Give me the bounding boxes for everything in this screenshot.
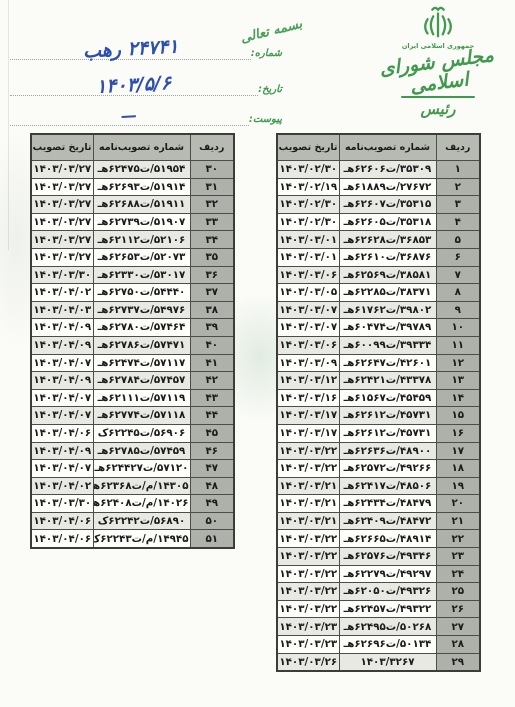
decree-date-cell: ۱۴۰۳/۰۳/۲۲ bbox=[277, 583, 339, 601]
decree-date-cell: ۱۴۰۳/۰۳/۰۱ bbox=[277, 248, 339, 266]
table-row: ۳۷۵۴۴۴۰/ت۶۲۷۵۰هـ۱۴۰۳/۰۴/۰۲ bbox=[31, 284, 234, 302]
decree-number-cell: ۵۷۱۱۷/ت۶۲۴۷۴هـ bbox=[93, 354, 190, 372]
row-number-cell: ۲۸ bbox=[436, 636, 480, 654]
decree-date-cell: ۱۴۰۳/۰۲/۳۰ bbox=[277, 213, 339, 231]
iran-emblem-icon bbox=[420, 4, 456, 42]
row-number-cell: ۴۷ bbox=[190, 460, 234, 478]
row-number-cell: ۳۷ bbox=[190, 284, 234, 302]
column-header-decree-number: شماره تصویب‌نامه bbox=[93, 134, 190, 161]
decree-number-cell: ۳۶۸۷۶/ت۶۲۶۱۰هـ bbox=[339, 248, 436, 266]
decree-date-cell: ۱۴۰۳/۰۴/۰۹ bbox=[31, 319, 93, 337]
decree-number-cell: ۵۷۴۶۴/ت۶۲۷۸۰هـ bbox=[93, 319, 190, 337]
table-row: ۴۶۵۷۴۵۹/ت۶۲۷۸۵هـ۱۴۰۳/۰۴/۰۹ bbox=[31, 442, 234, 460]
decree-number-cell: ۳۹۷۸۹/ت۶۰۴۷۴هـ bbox=[339, 319, 436, 337]
table-row: ۴۴۵۷۱۱۸/ت۶۲۷۷۴هـ۱۴۰۳/۰۴/۰۷ bbox=[31, 407, 234, 425]
row-number-cell: ۳۳ bbox=[190, 213, 234, 231]
table-row: ۲۰۴۸۴۷۹/ت۶۲۴۳۴هـ۱۴۰۳/۰۳/۲۱ bbox=[277, 495, 480, 513]
decree-number-cell: ۱۴۳۰۵/م/ت۶۲۳۶۸هـ bbox=[93, 477, 190, 495]
decree-number-cell: ۳۸۳۷۱/ت۶۲۲۸۵هـ bbox=[339, 284, 436, 302]
row-number-cell: ۱۸ bbox=[436, 460, 480, 478]
row-number-cell: ۴ bbox=[436, 213, 480, 231]
decree-date-cell: ۱۴۰۳/۰۳/۲۱ bbox=[277, 495, 339, 513]
table-row: ۱۸۴۹۲۶۶/ت۶۲۵۷۲هـ۱۴۰۳/۰۳/۲۲ bbox=[277, 460, 480, 478]
row-number-cell: ۳۶ bbox=[190, 266, 234, 284]
table-row: ۴۲۵۷۴۵۷/ت۶۲۷۸۴هـ۱۴۰۳/۰۴/۰۹ bbox=[31, 372, 234, 390]
letter-date-handwritten-value: ۱۴۰۳/۵/۶ bbox=[96, 72, 172, 98]
decree-date-cell: ۱۴۰۳/۰۳/۰۷ bbox=[277, 319, 339, 337]
decree-number-cell: ۴۸۹۱۴/ت۶۲۶۶۵هـ bbox=[339, 530, 436, 548]
decree-date-cell: ۱۴۰۳/۰۳/۳۰ bbox=[31, 495, 93, 513]
column-header-decree-date: تاریخ تصویب‌نامه bbox=[277, 134, 339, 161]
decree-number-cell: ۴۹۳۲۲/ت۶۲۴۵۷هـ bbox=[339, 600, 436, 618]
row-number-cell: ۱۵ bbox=[436, 407, 480, 425]
decree-number-cell: ۴۹۳۲۶/ت۶۲۰۵۰هـ bbox=[339, 583, 436, 601]
table-row: ۱۴۴۵۴۵۹/ت۶۱۵۶۷هـ۱۴۰۳/۰۳/۱۶ bbox=[277, 389, 480, 407]
table-row: ۳۱۵۱۹۱۴/ت۶۲۶۹۳هـ۱۴۰۳/۰۳/۲۷ bbox=[31, 178, 234, 196]
row-number-cell: ۵۱ bbox=[190, 530, 234, 548]
decree-number-cell: ۵۷۱۱۹/ت۶۲۱۱۱هـ bbox=[93, 389, 190, 407]
scanned-majlis-letter-page: جمهوری اسلامی ایران مجلس شورای اسلامی رئ… bbox=[0, 0, 515, 707]
decree-date-cell: ۱۴۰۳/۰۳/۲۲ bbox=[277, 442, 339, 460]
decree-date-cell: ۱۴۰۳/۰۴/۰۷ bbox=[31, 354, 93, 372]
row-number-cell: ۱۱ bbox=[436, 336, 480, 354]
row-number-cell: ۴۱ bbox=[190, 354, 234, 372]
letter-attachment-handwritten-value: — bbox=[121, 106, 138, 126]
table-header-row: ردیف شماره تصویب‌نامه تاریخ تصویب‌نامه bbox=[277, 134, 480, 161]
table-row: ۳۰۵۱۹۵۴/ت۶۲۴۷۵هـ۱۴۰۳/۰۳/۲۷ bbox=[31, 161, 234, 179]
table-row: ۲۸۵۰۱۳۴/ت۶۲۶۹۶هـ۱۴۰۳/۰۳/۲۳ bbox=[277, 636, 480, 654]
decree-date-cell: ۱۴۰۳/۰۳/۲۷ bbox=[31, 196, 93, 214]
decree-number-cell: ۳۵۳۱۸/ت۶۲۶۰۵هـ bbox=[339, 213, 436, 231]
decree-date-cell: ۱۴۰۳/۰۳/۲۷ bbox=[31, 178, 93, 196]
table-row: ۴۰۵۷۴۷۱/ت۶۲۷۸۶هـ۱۴۰۳/۰۴/۰۹ bbox=[31, 336, 234, 354]
letter-date-label: تاریخ: bbox=[258, 84, 282, 96]
table-row: ۳۴۵۲۱۰۶/ت۶۲۱۱۲هـ۱۴۰۳/۰۳/۲۷ bbox=[31, 231, 234, 249]
table-row: ۲۴۴۹۲۹۷/ت۶۲۲۷۹هـ۱۴۰۳/۰۳/۲۲ bbox=[277, 565, 480, 583]
decree-number-cell: ۱۴۹۴۵/م/ت۶۲۲۴۳ک bbox=[93, 530, 190, 548]
row-number-cell: ۱۴ bbox=[436, 389, 480, 407]
letter-number-field: شماره: ۲۴۷۴۱ رهب bbox=[10, 26, 282, 60]
table-row: ۴۵۵۶۹۰۶/ت۶۲۲۴۵ک۱۴۰۳/۰۴/۰۶ bbox=[31, 424, 234, 442]
decree-number-cell: ۱۴۰۲۶/م/ت۶۲۴۰۸هـ bbox=[93, 495, 190, 513]
decree-date-cell: ۱۴۰۳/۰۳/۰۹ bbox=[277, 354, 339, 372]
row-number-cell: ۵۰ bbox=[190, 512, 234, 530]
decree-number-cell: ۲۷۶۷۲/ت۶۱۸۸۹هـ bbox=[339, 178, 436, 196]
row-number-cell: ۴۴ bbox=[190, 407, 234, 425]
letter-attachment-line: — bbox=[10, 106, 249, 126]
table-row: ۴۱۵۷۱۱۷/ت۶۲۴۷۴هـ۱۴۰۳/۰۴/۰۷ bbox=[31, 354, 234, 372]
row-number-cell: ۲۹ bbox=[436, 653, 480, 671]
decree-number-cell: ۵۴۴۴۰/ت۶۲۷۵۰هـ bbox=[93, 284, 190, 302]
row-number-cell: ۳۰ bbox=[190, 161, 234, 179]
decree-number-cell: ۳۸۵۸۱/ت۶۲۵۶۹هـ bbox=[339, 266, 436, 284]
row-number-cell: ۲۳ bbox=[436, 548, 480, 566]
decree-date-cell: ۱۴۰۳/۰۳/۰۱ bbox=[277, 231, 339, 249]
row-number-cell: ۲ bbox=[436, 178, 480, 196]
decree-date-cell: ۱۴۰۳/۰۴/۰۷ bbox=[31, 407, 93, 425]
table-row: ۲۶۴۹۳۲۲/ت۶۲۴۵۷هـ۱۴۰۳/۰۳/۲۲ bbox=[277, 600, 480, 618]
decree-number-cell: ۴۵۷۳۱/ت۶۲۶۱۲هـ bbox=[339, 424, 436, 442]
decree-date-cell: ۱۴۰۳/۰۲/۳۰ bbox=[277, 196, 339, 214]
row-number-cell: ۱۳ bbox=[436, 372, 480, 390]
decree-date-cell: ۱۴۰۳/۰۳/۱۲ bbox=[277, 372, 339, 390]
row-number-cell: ۲۲ bbox=[436, 530, 480, 548]
decree-date-cell: ۱۴۰۳/۰۳/۱۶ bbox=[277, 389, 339, 407]
table-row: ۱۹۴۸۵۰۶/ت۶۲۴۱۷هـ۱۴۰۳/۰۳/۲۱ bbox=[277, 477, 480, 495]
decree-date-cell: ۱۴۰۳/۰۳/۲۷ bbox=[31, 248, 93, 266]
decree-date-cell: ۱۴۰۳/۰۳/۲۷ bbox=[31, 161, 93, 179]
decree-number-cell: ۵۴۹۷۶/ت۶۲۷۳۷هـ bbox=[93, 301, 190, 319]
row-number-cell: ۴۶ bbox=[190, 442, 234, 460]
decree-date-cell: ۱۴۰۳/۰۳/۲۲ bbox=[277, 548, 339, 566]
decree-number-cell: ۵۶۹۰۶/ت۶۲۲۴۵ک bbox=[93, 424, 190, 442]
table-row: ۱۰۳۹۷۸۹/ت۶۰۴۷۴هـ۱۴۰۳/۰۳/۰۷ bbox=[277, 319, 480, 337]
decree-date-cell: ۱۴۰۳/۰۳/۱۷ bbox=[277, 407, 339, 425]
table-row: ۱۳۴۳۳۷۸/ت۶۲۴۲۱هـ۱۴۰۳/۰۳/۱۲ bbox=[277, 372, 480, 390]
table-row: ۲۲۷۶۷۲/ت۶۱۸۸۹هـ۱۴۰۳/۰۲/۱۹ bbox=[277, 178, 480, 196]
row-number-cell: ۲۵ bbox=[436, 583, 480, 601]
decree-date-cell: ۱۴۰۳/۰۲/۱۹ bbox=[277, 178, 339, 196]
table-row: ۵۱۱۴۹۴۵/م/ت۶۲۲۴۳ک۱۴۰۳/۰۴/۰۶ bbox=[31, 530, 234, 548]
table-row: ۱۲۴۲۶۰۱/ت۶۲۶۴۷هـ۱۴۰۳/۰۳/۰۹ bbox=[277, 354, 480, 372]
table-row: ۹۳۹۸۰۲/ت۶۱۷۶۲هـ۱۴۰۳/۰۳/۰۷ bbox=[277, 301, 480, 319]
decree-number-cell: ۴۲۶۰۱/ت۶۲۶۴۷هـ bbox=[339, 354, 436, 372]
decree-number-cell: ۴۳۳۷۸/ت۶۲۴۲۱هـ bbox=[339, 372, 436, 390]
row-number-cell: ۳۸ bbox=[190, 301, 234, 319]
table-row: ۴۸۱۴۳۰۵/م/ت۶۲۳۶۸هـ۱۴۰۳/۰۴/۰۲ bbox=[31, 477, 234, 495]
decree-number-cell: ۴۹۲۶۶/ت۶۲۵۷۲هـ bbox=[339, 460, 436, 478]
column-header-row-number: ردیف bbox=[190, 134, 234, 161]
row-number-cell: ۳۴ bbox=[190, 231, 234, 249]
row-number-cell: ۲۰ bbox=[436, 495, 480, 513]
table-row: ۴۳۵۷۱۱۹/ت۶۲۱۱۱هـ۱۴۰۳/۰۴/۰۷ bbox=[31, 389, 234, 407]
row-number-cell: ۱۷ bbox=[436, 442, 480, 460]
letter-number-line: ۲۴۷۴۱ رهب bbox=[10, 38, 251, 60]
decree-table-rows-1-29: ردیف شماره تصویب‌نامه تاریخ تصویب‌نامه ۱… bbox=[276, 133, 481, 672]
table-row: ۳۳۵۱۹۰۷/ت۶۲۷۳۹هـ۱۴۰۳/۰۳/۲۷ bbox=[31, 213, 234, 231]
decree-number-cell: ۴۸۴۷۹/ت۶۲۴۳۴هـ bbox=[339, 495, 436, 513]
table-row: ۱۵۴۵۷۳۱/ت۶۲۶۱۲هـ۱۴۰۳/۰۳/۱۷ bbox=[277, 407, 480, 425]
decree-date-cell: ۱۴۰۳/۰۳/۲۲ bbox=[277, 460, 339, 478]
table-row: ۲۵۴۹۳۲۶/ت۶۲۰۵۰هـ۱۴۰۳/۰۳/۲۲ bbox=[277, 583, 480, 601]
table-row: ۲۱۴۸۴۷۲/ت۶۲۴۰۹هـ۱۴۰۳/۰۳/۲۱ bbox=[277, 512, 480, 530]
decree-number-cell: ۴۵۴۵۹/ت۶۱۵۶۷هـ bbox=[339, 389, 436, 407]
decree-number-cell: ۵۲۱۰۶/ت۶۲۱۱۲هـ bbox=[93, 231, 190, 249]
column-header-decree-date: تاریخ تصویب‌نامه bbox=[31, 134, 93, 161]
decree-date-cell: ۱۴۰۳/۰۳/۰۶ bbox=[277, 266, 339, 284]
decree-number-cell: ۵۱۹۱۴/ت۶۲۶۹۳هـ bbox=[93, 178, 190, 196]
decree-number-cell: ۵۰۱۳۴/ت۶۲۶۹۶هـ bbox=[339, 636, 436, 654]
decree-date-cell: ۱۴۰۳/۰۴/۰۷ bbox=[31, 460, 93, 478]
row-number-cell: ۷ bbox=[436, 266, 480, 284]
table-row: ۲۹۱۴۰۳/۳۲۶۷۱۴۰۳/۰۳/۲۶ bbox=[277, 653, 480, 671]
decree-date-cell: ۱۴۰۳/۰۴/۰۹ bbox=[31, 336, 93, 354]
table-row: ۵۳۶۸۵۳/ت۶۲۶۲۸هـ۱۴۰۳/۰۳/۰۱ bbox=[277, 231, 480, 249]
row-number-cell: ۶ bbox=[436, 248, 480, 266]
decree-date-cell: ۱۴۰۳/۰۳/۳۰ bbox=[31, 266, 93, 284]
decree-number-cell: ۴۸۴۷۲/ت۶۲۴۰۹هـ bbox=[339, 512, 436, 530]
row-number-cell: ۳۵ bbox=[190, 248, 234, 266]
row-number-cell: ۳۹ bbox=[190, 319, 234, 337]
row-number-cell: ۲۴ bbox=[436, 565, 480, 583]
row-number-cell: ۲۷ bbox=[436, 618, 480, 636]
decree-date-cell: ۱۴۰۳/۰۴/۰۳ bbox=[31, 301, 93, 319]
table-row: ۳۳۵۳۱۵/ت۶۲۶۰۷هـ۱۴۰۳/۰۲/۳۰ bbox=[277, 196, 480, 214]
column-header-row-number: ردیف bbox=[436, 134, 480, 161]
decree-date-cell: ۱۴۰۳/۰۳/۰۶ bbox=[277, 336, 339, 354]
table-row: ۳۹۵۷۴۶۴/ت۶۲۷۸۰هـ۱۴۰۳/۰۴/۰۹ bbox=[31, 319, 234, 337]
decree-date-cell: ۱۴۰۳/۰۴/۰۹ bbox=[31, 372, 93, 390]
row-number-cell: ۲۱ bbox=[436, 512, 480, 530]
decree-date-cell: ۱۴۰۳/۰۴/۰۹ bbox=[31, 442, 93, 460]
decree-number-cell: ۵۱۹۵۴/ت۶۲۴۷۵هـ bbox=[93, 161, 190, 179]
decree-date-cell: ۱۴۰۳/۰۳/۲۷ bbox=[31, 213, 93, 231]
decree-number-cell: ۵۲۰۷۳/ت۶۲۶۵۳هـ bbox=[93, 248, 190, 266]
decree-date-cell: ۱۴۰۳/۰۳/۲۱ bbox=[277, 477, 339, 495]
decree-number-cell: ۵۷۴۵۷/ت۶۲۷۸۴هـ bbox=[93, 372, 190, 390]
column-header-decree-number: شماره تصویب‌نامه bbox=[339, 134, 436, 161]
table-row: ۳۲۵۱۹۱۱/ت۶۲۶۸۸هـ۱۴۰۳/۰۳/۲۷ bbox=[31, 196, 234, 214]
decree-date-cell: ۱۴۰۳/۰۳/۲۳ bbox=[277, 618, 339, 636]
table-row: ۲۷۵۰۲۶۸/ت۶۲۴۹۵هـ۱۴۰۳/۰۳/۲۳ bbox=[277, 618, 480, 636]
letter-date-line: ۱۴۰۳/۵/۶ bbox=[10, 74, 258, 96]
decree-number-cell: ۳۶۸۵۳/ت۶۲۶۲۸هـ bbox=[339, 231, 436, 249]
decree-number-cell: ۳۹۳۳۴/ت۶۰۰۹۹هـ bbox=[339, 336, 436, 354]
row-number-cell: ۴۰ bbox=[190, 336, 234, 354]
row-number-cell: ۴۹ bbox=[190, 495, 234, 513]
table-row: ۱۶۴۵۷۳۱/ت۶۲۶۱۲هـ۱۴۰۳/۰۳/۱۷ bbox=[277, 424, 480, 442]
decree-number-cell: ۴۵۷۳۱/ت۶۲۶۱۲هـ bbox=[339, 407, 436, 425]
row-number-cell: ۱۰ bbox=[436, 319, 480, 337]
table-row: ۲۲۴۸۹۱۴/ت۶۲۶۶۵هـ۱۴۰۳/۰۳/۲۲ bbox=[277, 530, 480, 548]
table-row: ۱۷۴۸۹۰۰/ت۶۲۶۳۶هـ۱۴۰۳/۰۳/۲۲ bbox=[277, 442, 480, 460]
decree-number-cell: ۴۸۹۰۰/ت۶۲۶۳۶هـ bbox=[339, 442, 436, 460]
decree-table-rows-30-51: ردیف شماره تصویب‌نامه تاریخ تصویب‌نامه ۳… bbox=[30, 133, 235, 549]
table-row: ۴۷۵۷۱۲۰/ت۶۲۴۴۲۷هـ۱۴۰۳/۰۴/۰۷ bbox=[31, 460, 234, 478]
table-row: ۳۵۵۲۰۷۳/ت۶۲۶۵۳هـ۱۴۰۳/۰۳/۲۷ bbox=[31, 248, 234, 266]
decree-number-cell: ۵۷۱۱۸/ت۶۲۷۷۴هـ bbox=[93, 407, 190, 425]
row-number-cell: ۱۶ bbox=[436, 424, 480, 442]
table-row: ۴۳۵۳۱۸/ت۶۲۶۰۵هـ۱۴۰۳/۰۲/۳۰ bbox=[277, 213, 480, 231]
decree-number-cell: ۵۷۱۲۰/ت۶۲۴۴۲۷هـ bbox=[93, 460, 190, 478]
table-row: ۲۳۴۹۳۴۶/ت۶۲۵۷۶هـ۱۴۰۳/۰۳/۲۲ bbox=[277, 548, 480, 566]
decree-number-cell: ۵۷۴۷۱/ت۶۲۷۸۶هـ bbox=[93, 336, 190, 354]
row-number-cell: ۳ bbox=[436, 196, 480, 214]
row-number-cell: ۳۱ bbox=[190, 178, 234, 196]
decree-date-cell: ۱۴۰۳/۰۳/۲۶ bbox=[277, 653, 339, 671]
decree-date-cell: ۱۴۰۳/۰۳/۲۳ bbox=[277, 636, 339, 654]
letter-attachment-label: پیوست: bbox=[249, 114, 282, 126]
decree-date-cell: ۱۴۰۳/۰۳/۰۷ bbox=[277, 301, 339, 319]
decree-date-cell: ۱۴۰۳/۰۴/۰۲ bbox=[31, 284, 93, 302]
decree-date-cell: ۱۴۰۳/۰۲/۳۰ bbox=[277, 161, 339, 179]
decree-number-cell: ۵۷۴۵۹/ت۶۲۷۸۵هـ bbox=[93, 442, 190, 460]
majlis-letterhead: جمهوری اسلامی ایران مجلس شورای اسلامی رئ… bbox=[377, 4, 499, 117]
table-row: ۵۰۵۶۸۹۰/ت۶۲۲۴۲ک۱۴۰۳/۰۴/۰۶ bbox=[31, 512, 234, 530]
row-number-cell: ۵ bbox=[436, 231, 480, 249]
decree-number-cell: ۴۸۵۰۶/ت۶۲۴۱۷هـ bbox=[339, 477, 436, 495]
decree-date-cell: ۱۴۰۳/۰۴/۰۶ bbox=[31, 424, 93, 442]
letter-number-label: شماره: bbox=[251, 48, 282, 60]
row-number-cell: ۹ bbox=[436, 301, 480, 319]
row-number-cell: ۴۳ bbox=[190, 389, 234, 407]
row-number-cell: ۱ bbox=[436, 161, 480, 179]
row-number-cell: ۴۲ bbox=[190, 372, 234, 390]
letter-meta-fields: شماره: ۲۴۷۴۱ رهب تاریخ: ۱۴۰۳/۵/۶ پیوست: … bbox=[10, 26, 282, 130]
letter-number-handwritten-value: ۲۴۷۴۱ رهب bbox=[82, 36, 179, 63]
letter-date-field: تاریخ: ۱۴۰۳/۵/۶ bbox=[10, 64, 282, 96]
decree-number-cell: ۵۱۹۰۷/ت۶۲۷۳۹هـ bbox=[93, 213, 190, 231]
row-number-cell: ۸ bbox=[436, 284, 480, 302]
decree-date-cell: ۱۴۰۳/۰۳/۲۲ bbox=[277, 600, 339, 618]
decree-date-cell: ۱۴۰۳/۰۳/۱۷ bbox=[277, 424, 339, 442]
decree-date-cell: ۱۴۰۳/۰۴/۰۶ bbox=[31, 530, 93, 548]
letter-attachment-field: پیوست: — bbox=[10, 100, 282, 126]
table-row: ۶۳۶۸۷۶/ت۶۲۶۱۰هـ۱۴۰۳/۰۳/۰۱ bbox=[277, 248, 480, 266]
letterhead-assembly-calligraphy: مجلس شورای اسلامی bbox=[375, 44, 501, 100]
decree-date-cell: ۱۴۰۳/۰۴/۰۶ bbox=[31, 512, 93, 530]
row-number-cell: ۳۲ bbox=[190, 196, 234, 214]
decree-number-cell: ۳۹۸۰۲/ت۶۱۷۶۲هـ bbox=[339, 301, 436, 319]
row-number-cell: ۴۵ bbox=[190, 424, 234, 442]
decree-number-cell: ۵۱۹۱۱/ت۶۲۶۸۸هـ bbox=[93, 196, 190, 214]
decree-number-cell: ۴۹۳۴۶/ت۶۲۵۷۶هـ bbox=[339, 548, 436, 566]
row-number-cell: ۲۶ bbox=[436, 600, 480, 618]
table-row: ۳۶۵۳۰۱۷/ت۶۲۳۳۰هـ۱۴۰۳/۰۳/۳۰ bbox=[31, 266, 234, 284]
decree-number-cell: ۵۶۸۹۰/ت۶۲۲۴۲ک bbox=[93, 512, 190, 530]
decree-number-cell: ۳۵۳۱۵/ت۶۲۶۰۷هـ bbox=[339, 196, 436, 214]
decree-date-cell: ۱۴۰۳/۰۴/۰۷ bbox=[31, 389, 93, 407]
row-number-cell: ۴۸ bbox=[190, 477, 234, 495]
decree-number-cell: ۳۵۳۰۹/ت۶۲۶۰۶هـ bbox=[339, 161, 436, 179]
table-row: ۷۳۸۵۸۱/ت۶۲۵۶۹هـ۱۴۰۳/۰۳/۰۶ bbox=[277, 266, 480, 284]
row-number-cell: ۱۹ bbox=[436, 477, 480, 495]
table-row: ۸۳۸۳۷۱/ت۶۲۲۸۵هـ۱۴۰۳/۰۳/۰۵ bbox=[277, 284, 480, 302]
decree-date-cell: ۱۴۰۳/۰۳/۲۱ bbox=[277, 512, 339, 530]
table-row: ۴۹۱۴۰۲۶/م/ت۶۲۴۰۸هـ۱۴۰۳/۰۳/۳۰ bbox=[31, 495, 234, 513]
decree-number-cell: ۵۳۰۱۷/ت۶۲۳۳۰هـ bbox=[93, 266, 190, 284]
decree-date-cell: ۱۴۰۳/۰۴/۰۲ bbox=[31, 477, 93, 495]
table-header-row: ردیف شماره تصویب‌نامه تاریخ تصویب‌نامه bbox=[31, 134, 234, 161]
decree-number-cell: ۴۹۲۹۷/ت۶۲۲۷۹هـ bbox=[339, 565, 436, 583]
row-number-cell: ۱۲ bbox=[436, 354, 480, 372]
decree-date-cell: ۱۴۰۳/۰۳/۲۲ bbox=[277, 530, 339, 548]
table-row: ۳۸۵۴۹۷۶/ت۶۲۷۳۷هـ۱۴۰۳/۰۴/۰۳ bbox=[31, 301, 234, 319]
decree-date-cell: ۱۴۰۳/۰۳/۲۷ bbox=[31, 231, 93, 249]
decree-number-cell: ۵۰۲۶۸/ت۶۲۴۹۵هـ bbox=[339, 618, 436, 636]
decree-date-cell: ۱۴۰۳/۰۳/۰۵ bbox=[277, 284, 339, 302]
table-row: ۱۱۳۹۳۳۴/ت۶۰۰۹۹هـ۱۴۰۳/۰۳/۰۶ bbox=[277, 336, 480, 354]
decree-number-cell: ۱۴۰۳/۳۲۶۷ bbox=[339, 653, 436, 671]
decree-date-cell: ۱۴۰۳/۰۳/۲۲ bbox=[277, 565, 339, 583]
table-row: ۱۳۵۳۰۹/ت۶۲۶۰۶هـ۱۴۰۳/۰۲/۳۰ bbox=[277, 161, 480, 179]
letterhead-role-text: رئیس bbox=[377, 102, 499, 117]
